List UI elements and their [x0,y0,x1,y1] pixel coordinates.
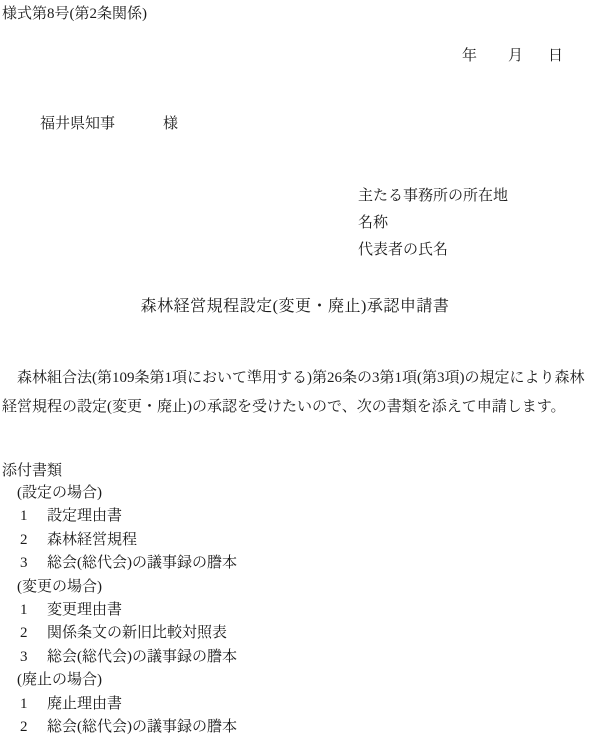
document-page: 様式第8号(第2条関係) 年 月 日 福井県知事 様 主たる事務所の所在地 名称… [0,0,590,735]
date-day-label: 日 [548,44,563,65]
attachment-item-label: 総会(総代会)の議事録の謄本 [47,646,237,669]
body-paragraph: 森林組合法(第109条第1項において準用する)第26条の3第1項(第3項)の規定… [2,364,590,421]
attachment-list: (設定の場合) 1 設定理由書 2 森林経営規程 3 総会(総代会)の議事録の謄… [17,482,237,735]
attachment-item-number: 2 [17,622,47,645]
date-month-label: 月 [508,44,523,65]
body-paragraph-line: 経営規程の設定(変更・廃止)の承認を受けたいので、次の書類を添えて申請します。 [2,393,590,422]
date-line: 年 月 日 [462,44,563,65]
date-year-label: 年 [462,44,477,65]
attachment-item-label: 設定理由書 [47,505,122,528]
attachment-item-number: 1 [17,505,47,528]
attachments-heading: 添付書類 [2,459,62,480]
attachment-item-label: 総会(総代会)の議事録の謄本 [47,552,237,575]
attachment-item-number: 3 [17,646,47,669]
attachment-item-label: 森林経営規程 [47,529,137,552]
body-paragraph-line: 森林組合法(第109条第1項において準用する)第26条の3第1項(第3項)の規定… [2,364,590,393]
sender-block: 主たる事務所の所在地 名称 代表者の氏名 [358,183,508,264]
attachment-group-header-henkou: (変更の場合) [17,576,237,599]
document-title: 森林経営規程設定(変更・廃止)承認申請書 [0,293,590,316]
attachment-item: 2 関係条文の新旧比較対照表 [17,622,237,645]
addressee-line: 福井県知事 様 [40,112,178,133]
attachment-item-number: 3 [17,552,47,575]
attachment-group-header-haishi: (廃止の場合) [17,669,237,692]
attachment-item: 1 廃止理由書 [17,693,237,716]
attachment-item-label: 変更理由書 [47,599,122,622]
attachment-item-number: 2 [17,529,47,552]
sender-name-label: 名称 [358,210,508,237]
attachment-item: 3 総会(総代会)の議事録の謄本 [17,646,237,669]
attachment-item: 2 総会(総代会)の議事録の謄本 [17,716,237,735]
addressee-honorific: 様 [163,112,178,133]
attachment-item-label: 関係条文の新旧比較対照表 [47,622,227,645]
attachment-item-number: 1 [17,693,47,716]
attachment-item-label: 廃止理由書 [47,693,122,716]
attachment-item-number: 1 [17,599,47,622]
addressee-name: 福井県知事 [40,112,115,133]
attachment-item: 1 変更理由書 [17,599,237,622]
attachment-item-label: 総会(総代会)の議事録の謄本 [47,716,237,735]
attachment-item-number: 2 [17,716,47,735]
form-number: 様式第8号(第2条関係) [2,2,147,23]
attachment-group-header-settei: (設定の場合) [17,482,237,505]
attachment-item: 3 総会(総代会)の議事録の謄本 [17,552,237,575]
attachment-item: 1 設定理由書 [17,505,237,528]
attachment-item: 2 森林経営規程 [17,529,237,552]
sender-representative-label: 代表者の氏名 [358,237,508,264]
sender-office-address-label: 主たる事務所の所在地 [358,183,508,210]
